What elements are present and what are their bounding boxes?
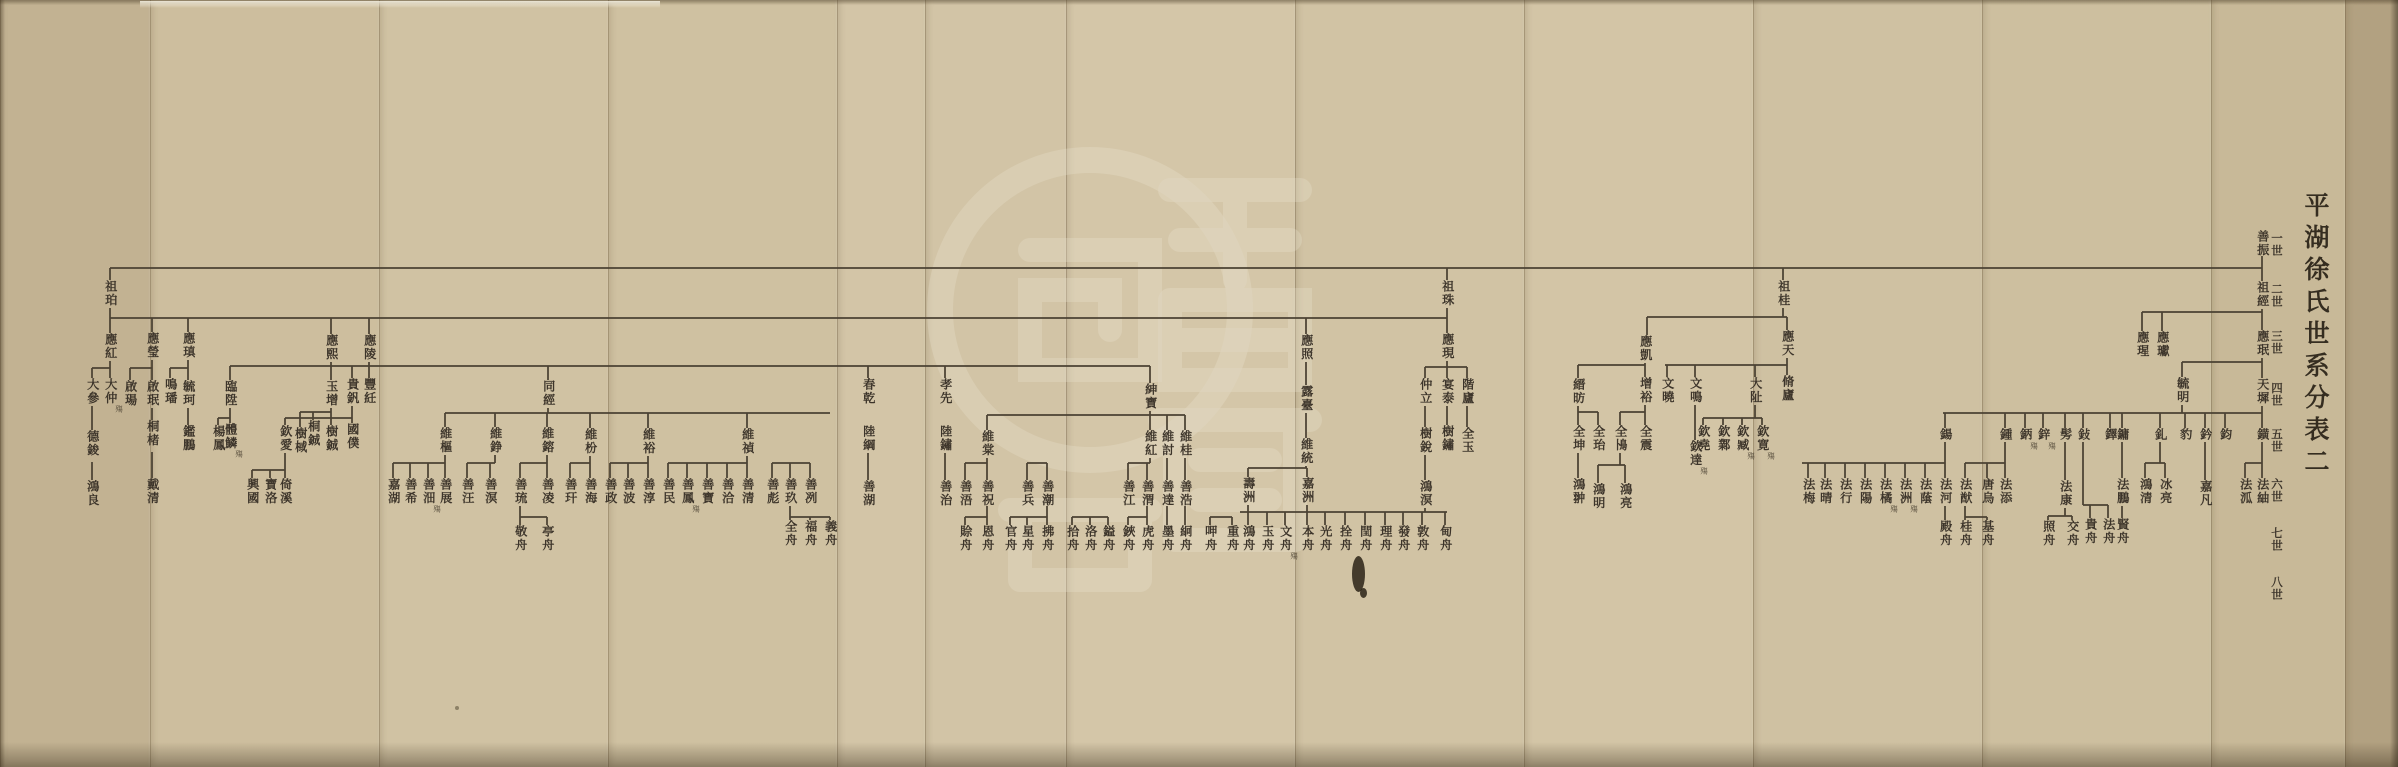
tree-connector-line bbox=[520, 462, 547, 464]
tree-connector-line bbox=[1944, 413, 1946, 428]
tree-connector-line bbox=[1446, 308, 1448, 333]
tree-connector-line bbox=[1597, 465, 1599, 483]
person-node: 鴻明 bbox=[1591, 483, 1604, 510]
tree-connector-line bbox=[1071, 517, 1073, 525]
person-node: 鍚 bbox=[1938, 428, 1951, 441]
tree-connector-line bbox=[351, 406, 353, 418]
ink-stain bbox=[1360, 588, 1367, 598]
tree-connector-line bbox=[746, 463, 748, 478]
tree-connector-line bbox=[2261, 256, 2263, 268]
tree-connector-line bbox=[91, 368, 93, 378]
tree-connector-line bbox=[1824, 463, 1826, 478]
tree-connector-line bbox=[2064, 442, 2066, 480]
person-annotation: 殤 bbox=[692, 505, 700, 513]
tree-connector-line bbox=[130, 367, 152, 369]
tree-connector-line bbox=[2184, 413, 2186, 428]
person-node: 善琉 bbox=[513, 478, 526, 505]
tree-connector-line bbox=[2109, 413, 2111, 428]
person-node: 甸舟 bbox=[1438, 525, 1451, 552]
tree-connector-line bbox=[1864, 463, 1866, 478]
person-node: 法鵬 bbox=[2115, 478, 2128, 505]
person-node: 欽鄴 bbox=[1716, 425, 1729, 452]
tree-connector-line bbox=[986, 463, 988, 480]
person-node: 縉昉 bbox=[1571, 378, 1584, 405]
tree-connector-line bbox=[2048, 515, 2072, 517]
person-node: 嘉洲 bbox=[1300, 477, 1313, 504]
person-node: 樹鏽 bbox=[1440, 425, 1453, 452]
tree-connector-line bbox=[1305, 318, 1307, 334]
tree-connector-line bbox=[284, 418, 286, 425]
person-node: 法梅 bbox=[1801, 478, 1814, 505]
person-annotation: 殤 bbox=[115, 405, 123, 413]
tree-connector-line bbox=[284, 470, 286, 478]
fold-crease bbox=[379, 0, 380, 767]
ink-stain bbox=[455, 706, 459, 710]
tree-connector-line bbox=[609, 463, 611, 478]
tree-connector-line bbox=[1127, 463, 1129, 480]
tree-connector-line bbox=[1146, 517, 1148, 525]
tree-connector-line bbox=[2245, 462, 2262, 464]
person-node: 玉舟 bbox=[1260, 525, 1273, 552]
tree-connector-line bbox=[1786, 317, 1788, 330]
tree-connector-line bbox=[2261, 312, 2263, 330]
tree-connector-line bbox=[2261, 413, 2263, 428]
tree-connector-line bbox=[726, 463, 728, 478]
person-node: 善展 bbox=[438, 478, 451, 505]
tree-connector-line bbox=[2261, 268, 2263, 281]
person-node: 應照 bbox=[1299, 334, 1312, 361]
tree-connector-line bbox=[1944, 506, 1946, 520]
tree-connector-line bbox=[1306, 512, 1308, 525]
person-node: 維桂 bbox=[1178, 430, 1191, 457]
tree-connector-line bbox=[1324, 512, 1326, 525]
person-node: 鴻翀 bbox=[1571, 478, 1584, 505]
person-node: 法行 bbox=[1838, 478, 1851, 505]
person-node: 恩舟 bbox=[980, 525, 993, 552]
tree-connector-line bbox=[647, 463, 649, 478]
tree-connector-line bbox=[251, 470, 253, 478]
tree-connector-line bbox=[427, 463, 429, 478]
tree-connector-line bbox=[569, 463, 571, 478]
tree-connector-line bbox=[1424, 367, 1426, 378]
tree-connector-line bbox=[2024, 413, 2026, 428]
person-node: 洛舟 bbox=[1083, 525, 1096, 552]
person-node: 釓 bbox=[2153, 428, 2166, 441]
person-annotation: 殤 bbox=[2048, 442, 2056, 450]
tree-connector-line bbox=[1964, 463, 1966, 478]
tree-connector-line bbox=[1248, 467, 1307, 469]
tree-connector-line bbox=[520, 516, 547, 518]
person-node: 基舟 bbox=[1980, 520, 1993, 547]
tree-connector-line bbox=[746, 413, 748, 428]
tree-connector-line bbox=[1009, 517, 1011, 525]
tree-connector-line bbox=[1597, 412, 1599, 425]
person-node: 戴清 bbox=[145, 478, 158, 505]
paper-panel bbox=[837, 0, 925, 767]
tree-connector-line bbox=[1424, 455, 1426, 480]
person-node: 敦舟 bbox=[1415, 525, 1428, 552]
tree-connector-line bbox=[1741, 418, 1743, 425]
person-node: 善民 bbox=[661, 478, 674, 505]
tree-connector-line bbox=[1446, 367, 1448, 378]
person-node: 貴舟 bbox=[2083, 518, 2096, 545]
tree-connector-line bbox=[129, 368, 131, 380]
tree-connector-line bbox=[1904, 463, 1906, 478]
scroll-title: 平湖徐氏世系分表二 bbox=[2296, 192, 2332, 480]
fold-crease bbox=[2211, 0, 2212, 767]
tree-connector-line bbox=[1166, 506, 1168, 525]
generation-label: 三世 bbox=[2268, 330, 2284, 355]
tree-connector-line bbox=[2159, 442, 2161, 463]
person-annotation: 殤 bbox=[1890, 505, 1898, 513]
tree-connector-line bbox=[1466, 367, 1468, 378]
tree-connector-line bbox=[368, 318, 370, 334]
tree-connector-line bbox=[1943, 412, 2262, 414]
tree-connector-line bbox=[1344, 512, 1346, 525]
tree-connector-line bbox=[1027, 462, 1047, 464]
person-node: 全珆 bbox=[1591, 425, 1604, 452]
person-node: 桐鋮 bbox=[306, 420, 319, 447]
person-node: 鎰舟 bbox=[1101, 525, 1114, 552]
tree-connector-line bbox=[1578, 364, 1645, 366]
paper-left-edge bbox=[0, 0, 5, 767]
person-node: 貴釩 bbox=[345, 378, 358, 405]
tree-connector-line bbox=[627, 463, 629, 478]
tree-connector-line bbox=[1577, 453, 1579, 478]
person-node: 善鳳 bbox=[680, 478, 693, 505]
person-node: 嘉凡 bbox=[2198, 480, 2211, 507]
tree-connector-line bbox=[445, 412, 830, 414]
generation-label: 一世 bbox=[2268, 232, 2284, 257]
tree-connector-line bbox=[109, 368, 111, 378]
person-node: 欽愛 bbox=[278, 425, 291, 452]
tree-connector-line bbox=[1694, 365, 1696, 377]
person-annotation: 殤 bbox=[433, 505, 441, 513]
tree-connector-line bbox=[1577, 412, 1579, 425]
tree-connector-line bbox=[1184, 415, 1186, 430]
tree-connector-line bbox=[1578, 411, 1598, 413]
person-node: 欽堯 bbox=[1696, 425, 1709, 452]
tree-connector-line bbox=[1924, 463, 1926, 478]
person-node: 豹 bbox=[2178, 428, 2191, 441]
tree-connector-line bbox=[2181, 362, 2183, 377]
tree-connector-line bbox=[91, 406, 93, 430]
person-node: 善潮 bbox=[1040, 480, 1053, 507]
tree-connector-line bbox=[2042, 413, 2044, 428]
person-node: 維枌 bbox=[583, 428, 596, 455]
tree-connector-line bbox=[1149, 415, 1151, 430]
tree-connector-line bbox=[1046, 517, 1048, 525]
tree-connector-line bbox=[169, 368, 171, 378]
person-node: 維樞 bbox=[438, 427, 451, 454]
tree-connector-line bbox=[944, 366, 946, 378]
tree-connector-line bbox=[2159, 413, 2161, 428]
person-node: 善江 bbox=[1121, 480, 1134, 507]
person-node: 大阯 bbox=[1748, 377, 1761, 404]
tree-connector-line bbox=[547, 366, 549, 380]
person-node: 呷舟 bbox=[1203, 525, 1216, 552]
tree-connector-line bbox=[1421, 512, 1423, 525]
person-node: 祖珀 bbox=[103, 280, 116, 307]
tree-connector-line bbox=[2145, 462, 2165, 464]
person-node: 殿舟 bbox=[1938, 520, 1951, 547]
tree-connector-line bbox=[187, 318, 189, 332]
person-node: 虎舟 bbox=[1140, 525, 1153, 552]
person-node: 交舟 bbox=[2065, 520, 2078, 547]
tree-connector-line bbox=[772, 462, 810, 464]
person-node: 善凌 bbox=[540, 478, 553, 505]
tree-connector-line bbox=[444, 463, 446, 478]
tree-connector-line bbox=[2082, 442, 2084, 505]
tree-connector-line bbox=[2004, 463, 2006, 478]
person-node: 毓明 bbox=[2175, 377, 2188, 404]
tree-connector-line bbox=[2144, 463, 2146, 478]
person-node: 法陽 bbox=[1858, 478, 1871, 505]
person-node: 發舟 bbox=[1396, 525, 1409, 552]
tree-connector-line bbox=[964, 463, 966, 480]
person-node: 絅舟 bbox=[1178, 525, 1191, 552]
person-node: 善寶 bbox=[700, 478, 713, 505]
tree-connector-line bbox=[1305, 413, 1307, 438]
tree-connector-line bbox=[986, 415, 988, 430]
person-node: 宴泰 bbox=[1440, 378, 1453, 405]
person-node: 善治 bbox=[938, 480, 951, 507]
tree-connector-line bbox=[109, 308, 111, 333]
tree-connector-line bbox=[187, 368, 189, 380]
person-node: 墨舟 bbox=[1160, 525, 1173, 552]
person-node: 福舟 bbox=[803, 520, 816, 547]
tree-connector-line bbox=[330, 412, 332, 425]
person-node: 德鋑 bbox=[85, 430, 98, 457]
tree-connector-line bbox=[987, 414, 1185, 416]
person-node: 星舟 bbox=[1020, 525, 1033, 552]
tree-connector-line bbox=[2107, 505, 2109, 518]
tree-connector-line bbox=[2261, 463, 2263, 478]
tree-connector-line bbox=[1619, 412, 1621, 425]
person-node: 同經 bbox=[541, 380, 554, 407]
tree-connector-line bbox=[466, 463, 468, 478]
person-node: 法康 bbox=[2058, 480, 2071, 507]
person-node: 應陵 bbox=[362, 334, 375, 361]
person-node: 壽洲 bbox=[1241, 477, 1254, 504]
tree-connector-line bbox=[2261, 442, 2263, 463]
tree-connector-line bbox=[667, 463, 669, 478]
person-node: 應瑱 bbox=[181, 332, 194, 359]
tree-connector-line bbox=[1444, 512, 1446, 525]
fold-crease bbox=[1524, 0, 1525, 767]
person-node: 維裕 bbox=[641, 428, 654, 455]
tree-connector-line bbox=[1702, 418, 1704, 425]
person-node: 法洲 bbox=[1898, 478, 1911, 505]
person-node: 善溟 bbox=[483, 478, 496, 505]
fold-crease bbox=[1066, 0, 1067, 767]
person-node: 大仲 bbox=[103, 378, 116, 405]
tree-connector-line bbox=[1965, 516, 1987, 518]
tree-connector-line bbox=[1646, 317, 1648, 335]
person-node: 樹棫 bbox=[293, 427, 306, 454]
person-node: 善湖 bbox=[861, 480, 874, 507]
tree-connector-line bbox=[809, 463, 811, 478]
person-node: 鴻良 bbox=[85, 480, 98, 507]
person-node: 天墀 bbox=[2255, 378, 2268, 405]
tree-connector-line bbox=[944, 453, 946, 480]
person-node: 階廬 bbox=[1460, 378, 1473, 405]
tree-connector-line bbox=[1247, 468, 1249, 477]
tree-connector-line bbox=[610, 462, 648, 464]
tree-connector-line bbox=[409, 463, 411, 478]
tree-connector-line bbox=[392, 463, 394, 478]
person-node: 善玕 bbox=[563, 478, 576, 505]
person-node: 樹鋮 bbox=[324, 425, 337, 452]
tree-connector-line bbox=[92, 367, 110, 369]
tree-connector-line bbox=[1146, 463, 1148, 480]
tree-connector-line bbox=[1184, 458, 1186, 480]
person-node: 鴻溟 bbox=[1418, 480, 1431, 507]
tree-connector-line bbox=[589, 413, 591, 428]
tree-connector-line bbox=[789, 463, 791, 478]
person-node: 拾舟 bbox=[1065, 525, 1078, 552]
person-node: 善淳 bbox=[641, 478, 654, 505]
tree-connector-line bbox=[1786, 365, 1788, 375]
person-node: 善彪 bbox=[765, 478, 778, 505]
tree-connector-line bbox=[1107, 517, 1109, 525]
person-node: 鈵 bbox=[2018, 428, 2031, 441]
tree-connector-line bbox=[1446, 406, 1448, 425]
tree-connector-line bbox=[1026, 517, 1028, 525]
person-node: 文舟 bbox=[1278, 525, 1291, 552]
tree-connector-line bbox=[2121, 442, 2123, 478]
tree-connector-line bbox=[1722, 418, 1724, 425]
tree-connector-line bbox=[1884, 463, 1886, 478]
paper-panel bbox=[1066, 0, 1295, 767]
tree-connector-line bbox=[1703, 417, 1762, 419]
tree-connector-line bbox=[2204, 413, 2206, 428]
tree-connector-line bbox=[706, 463, 708, 478]
person-node: 法添 bbox=[1998, 478, 2011, 505]
tree-connector-line bbox=[91, 462, 93, 480]
person-node: 全坤 bbox=[1571, 425, 1584, 452]
tree-connector-line bbox=[2064, 413, 2066, 428]
tree-connector-line bbox=[2261, 362, 2263, 378]
tree-connector-line bbox=[1446, 268, 1448, 280]
person-node: 官舟 bbox=[1003, 525, 1016, 552]
tree-connector-line bbox=[2121, 413, 2123, 428]
person-node: 鳴璠 bbox=[163, 378, 176, 405]
tree-connector-line bbox=[330, 362, 332, 380]
tree-connector-line bbox=[151, 318, 153, 332]
tree-connector-line bbox=[1624, 465, 1626, 483]
person-node: 啟瑒 bbox=[123, 380, 136, 407]
person-node: 寶洛 bbox=[263, 478, 276, 505]
person-node: 賒舟 bbox=[958, 525, 971, 552]
person-node: 祖桂 bbox=[1776, 280, 1789, 307]
person-node: 維禎 bbox=[740, 428, 753, 455]
tree-connector-line bbox=[218, 417, 230, 419]
person-node: 善冽 bbox=[803, 478, 816, 505]
person-node: 法紬 bbox=[2255, 478, 2268, 505]
person-node: 唐烏 bbox=[1980, 478, 1993, 505]
fold-crease bbox=[608, 0, 609, 767]
tree-connector-line bbox=[187, 408, 189, 425]
person-node: 閏舟 bbox=[1358, 525, 1371, 552]
tree-connector-line bbox=[1384, 512, 1386, 525]
tree-connector-line bbox=[285, 417, 352, 419]
tree-connector-line bbox=[867, 366, 869, 378]
person-node: 脩廬 bbox=[1780, 375, 1793, 402]
person-node: 善浯 bbox=[958, 480, 971, 507]
person-node: 義舟 bbox=[823, 520, 836, 547]
tree-connector-line bbox=[269, 470, 271, 478]
person-node: 臨陞 bbox=[223, 380, 236, 407]
person-node: 善海 bbox=[583, 478, 596, 505]
person-node: 鍾 bbox=[1998, 428, 2011, 441]
tree-connector-line bbox=[2121, 506, 2123, 518]
tree-connector-line bbox=[1944, 442, 1946, 463]
person-node: 賢舟 bbox=[2115, 518, 2128, 545]
person-node: 啟珉 bbox=[145, 380, 158, 407]
tree-connector-line bbox=[2004, 442, 2006, 463]
person-node: 紳寶 bbox=[1143, 383, 1156, 410]
tree-connector-line bbox=[300, 411, 331, 413]
tree-connector-line bbox=[1128, 516, 1147, 518]
person-node: 祖珠 bbox=[1440, 280, 1453, 307]
person-node: 興國 bbox=[245, 478, 258, 505]
person-node: 欽臧 bbox=[1735, 425, 1748, 452]
person-annotation: 殤 bbox=[1910, 505, 1918, 513]
person-node: 法泒 bbox=[2238, 478, 2251, 505]
tree-connector-line bbox=[368, 366, 370, 378]
tree-connector-line bbox=[2142, 311, 2262, 313]
tree-connector-line bbox=[1305, 362, 1307, 385]
tree-connector-line bbox=[964, 517, 966, 525]
person-node: 本舟 bbox=[1300, 525, 1313, 552]
tree-connector-line bbox=[217, 418, 219, 425]
tree-connector-line bbox=[1284, 512, 1286, 525]
person-node: 全玉 bbox=[1460, 427, 1473, 454]
person-node: 善沺 bbox=[421, 478, 434, 505]
person-annotation: 殤 bbox=[1747, 452, 1755, 460]
person-node: 陸綱 bbox=[861, 425, 874, 452]
ink-stain bbox=[1352, 556, 1365, 592]
tree-connector-line bbox=[1089, 517, 1091, 525]
person-node: 法猷 bbox=[1958, 478, 1971, 505]
paper-panel bbox=[608, 0, 837, 767]
person-annotation: 殤 bbox=[235, 450, 243, 458]
person-node: 應天 bbox=[1780, 330, 1793, 357]
person-node: 桐楮 bbox=[145, 420, 158, 447]
tree-connector-line bbox=[1807, 463, 1809, 478]
person-node: 鏞 bbox=[2115, 428, 2128, 441]
tree-connector-line bbox=[1166, 458, 1168, 480]
person-node: 國僕 bbox=[345, 423, 358, 450]
person-node: 善祝 bbox=[980, 480, 993, 507]
tree-connector-line bbox=[965, 516, 987, 518]
tree-connector-line bbox=[519, 517, 521, 525]
tree-connector-line bbox=[151, 452, 153, 478]
tree-connector-line bbox=[1619, 453, 1621, 465]
generation-label: 五世 bbox=[2268, 428, 2284, 453]
tree-connector-line bbox=[110, 267, 2262, 269]
tree-connector-line bbox=[170, 367, 188, 369]
tree-connector-line bbox=[1944, 463, 1946, 478]
tree-connector-line bbox=[1665, 364, 1787, 366]
person-node: 法橘 bbox=[1878, 478, 1891, 505]
tree-connector-line bbox=[1046, 463, 1048, 480]
tree-connector-line bbox=[330, 318, 332, 334]
person-node: 善洽 bbox=[720, 478, 733, 505]
person-node: 鴻亮 bbox=[1618, 483, 1631, 510]
person-node: 孝先 bbox=[938, 378, 951, 405]
